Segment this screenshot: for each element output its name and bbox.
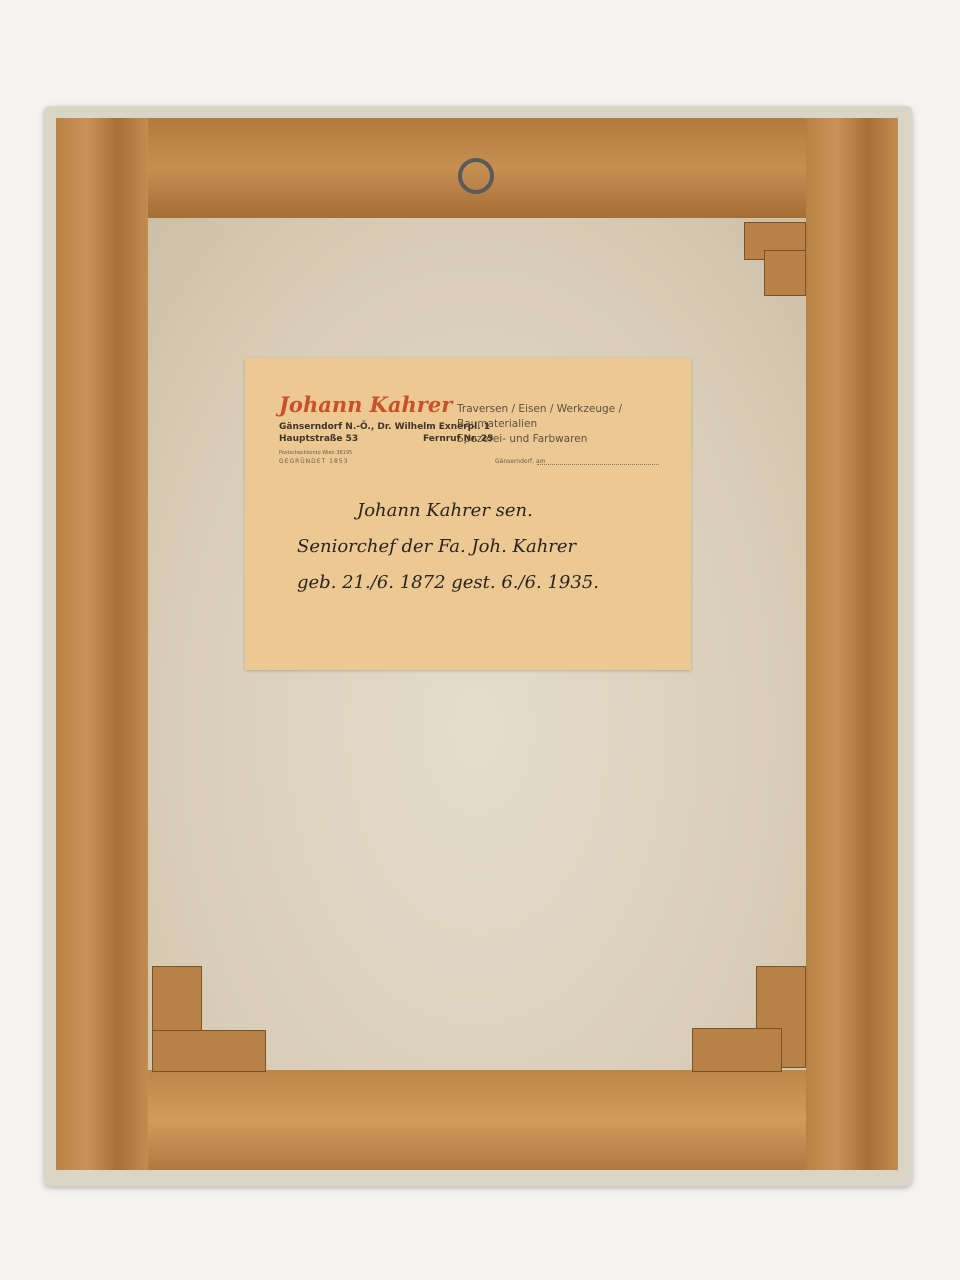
brand-name: Johann Kahrer bbox=[279, 392, 452, 417]
address-line-2: Hauptstraße 53 bbox=[279, 434, 358, 444]
corner-wedge-top-right-2 bbox=[764, 250, 806, 296]
handwriting-line-3: geb. 21./6. 1872 gest. 6./6. 1935. bbox=[297, 572, 599, 593]
frame-bottom-bar bbox=[56, 1070, 898, 1170]
corner-wedge-bottom-right-2 bbox=[692, 1028, 782, 1072]
frame-right-bar bbox=[806, 118, 898, 1170]
corner-wedge-bottom-left-2 bbox=[152, 1030, 266, 1072]
handwriting-line-1: Johann Kahrer sen. bbox=[357, 500, 533, 521]
date-dotted-line bbox=[537, 464, 659, 465]
frame-left-bar bbox=[56, 118, 148, 1170]
letterhead-label: Johann Kahrer Traversen / Eisen / Werkze… bbox=[245, 358, 691, 670]
phone-number: Fernruf Nr. 25 bbox=[423, 434, 493, 444]
tagline-line-1: Traversen / Eisen / Werkzeuge / Baumater… bbox=[457, 402, 691, 432]
postal-account: Postscheckkonto Wien 38195 bbox=[279, 450, 352, 456]
hanging-ring-icon bbox=[458, 158, 494, 194]
address-line-1: Gänserndorf N.-Ö., Dr. Wilhelm Exnerpl. … bbox=[279, 421, 490, 434]
founded-year: GEGRÜNDET 1853 bbox=[279, 458, 348, 465]
handwriting-line-2: Seniorchef der Fa. Joh. Kahrer bbox=[297, 536, 576, 557]
